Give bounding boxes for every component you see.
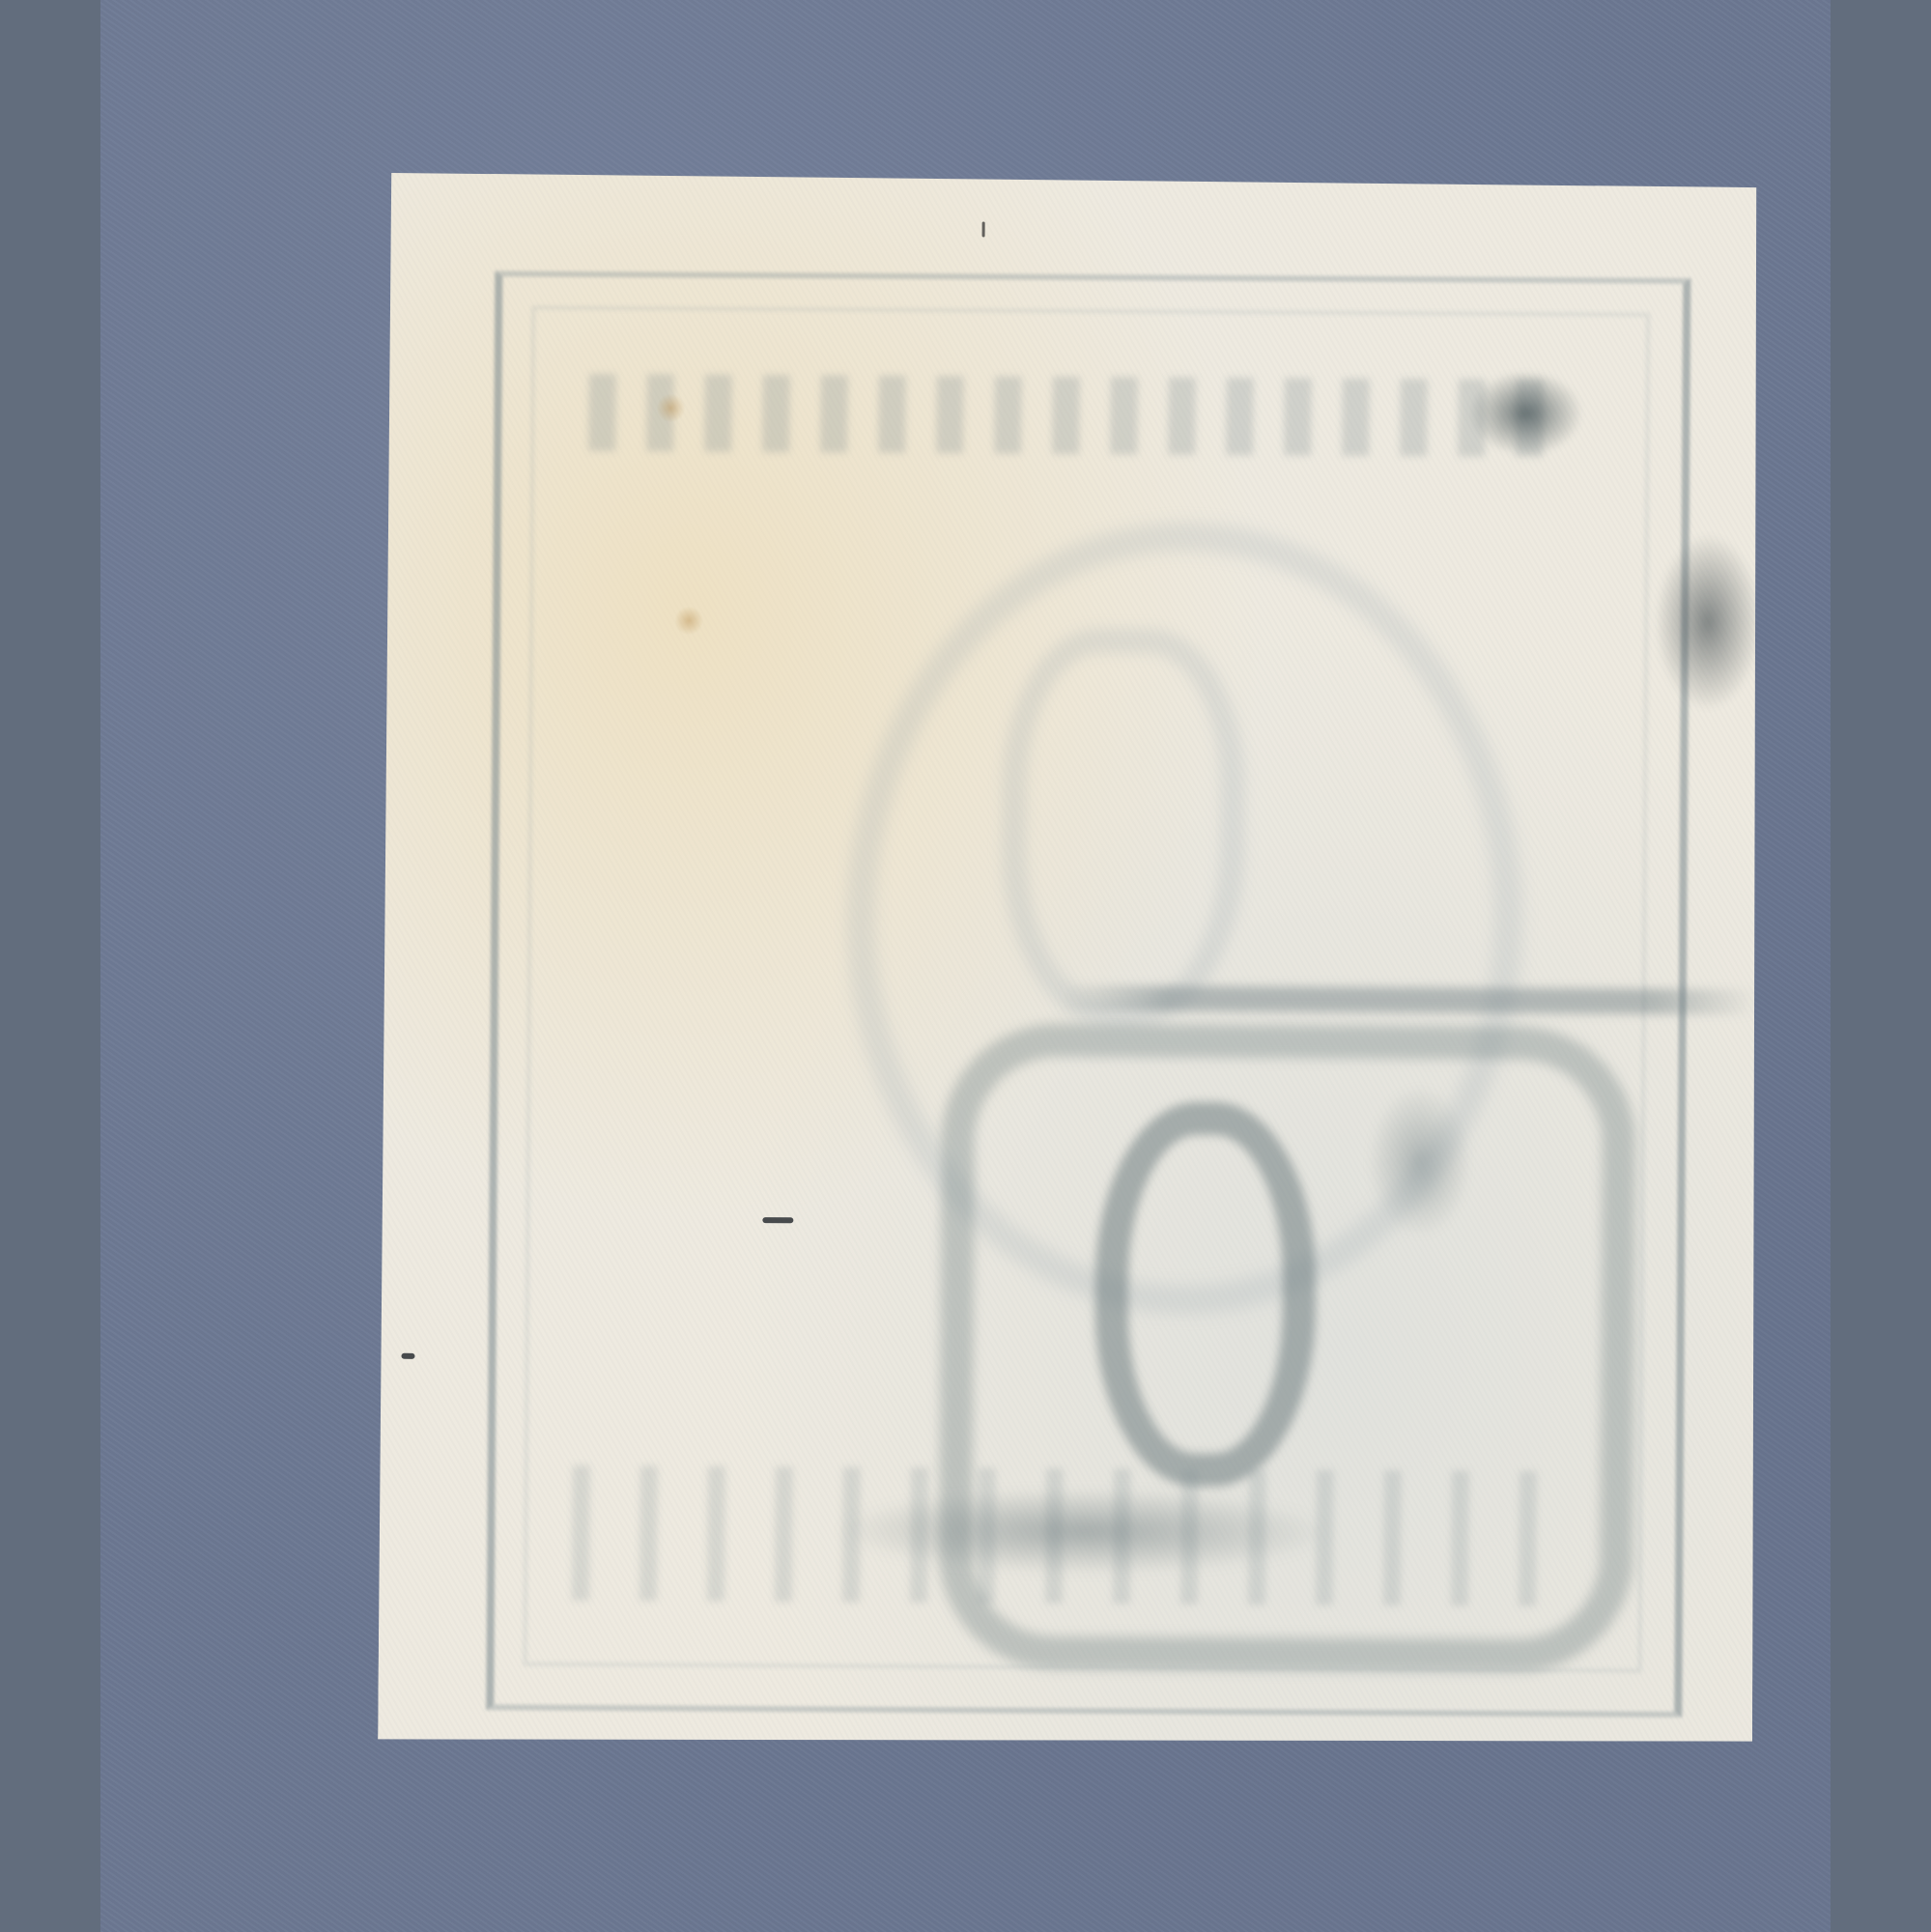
surface-speck xyxy=(762,1217,793,1223)
postmark-bar xyxy=(1059,985,1757,1014)
right-edge-cancel-mark xyxy=(1650,526,1767,720)
postmark-numeral xyxy=(1094,1101,1317,1487)
surface-speck xyxy=(982,221,985,237)
corner-ornament-show-through xyxy=(1467,370,1584,458)
toning-stain xyxy=(674,606,703,635)
toning-stain xyxy=(656,393,685,422)
bottom-postmark-show-through xyxy=(833,1487,1336,1577)
top-lettering-show-through xyxy=(588,374,1554,457)
stamp-reverse xyxy=(378,170,1762,1751)
postmark-fragment xyxy=(1366,1084,1473,1239)
surface-speck xyxy=(401,1353,414,1359)
album-card-background xyxy=(100,0,1831,1932)
value-numeral-show-through xyxy=(1001,628,1247,1028)
